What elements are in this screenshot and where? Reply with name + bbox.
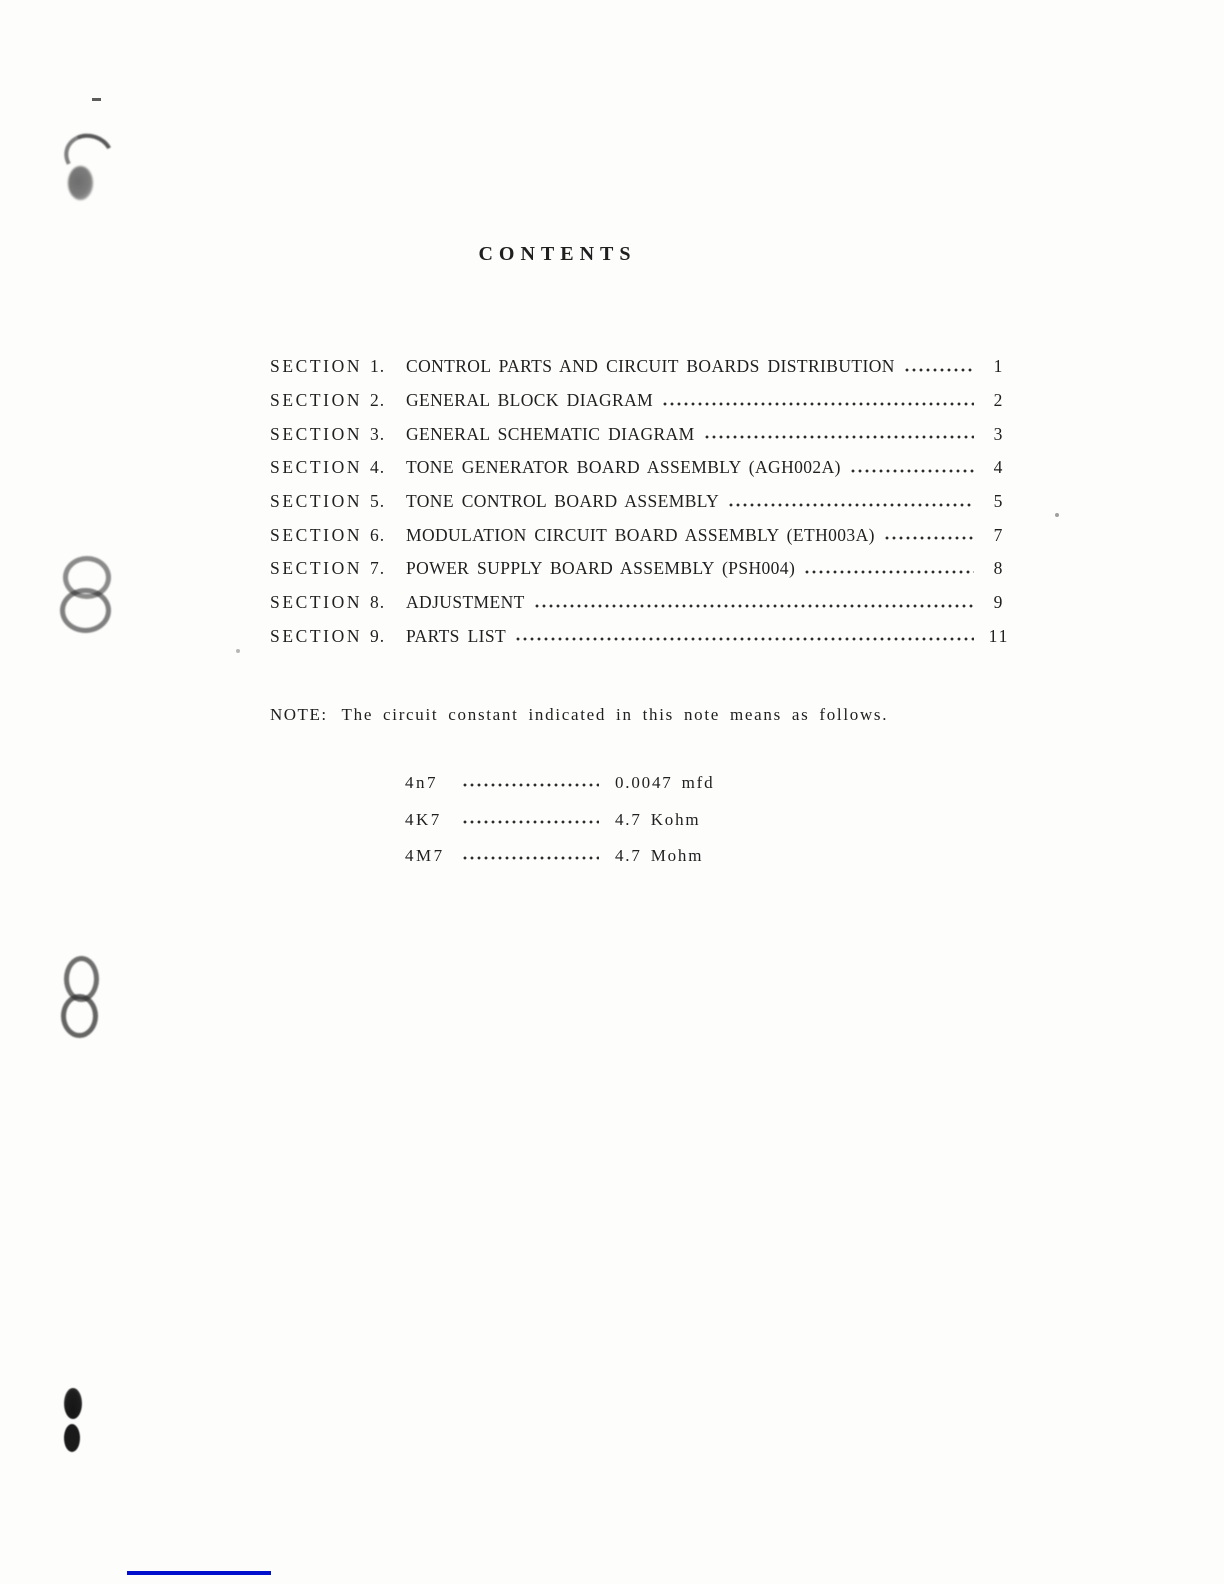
constant-row: 4n7 0.0047 mfd: [405, 765, 825, 802]
note-text: The circuit constant indicated in this n…: [342, 705, 889, 725]
constant-abbreviation: 4K7: [405, 810, 461, 830]
toc-section-number: 3.: [370, 424, 406, 445]
scan-speck: [236, 649, 240, 653]
toc-section-number: 1.: [370, 356, 406, 377]
scan-dash-mark: [92, 98, 101, 101]
toc-section-number: 2.: [370, 390, 406, 411]
toc-section-number: 5.: [370, 491, 406, 512]
toc-section-title: GENERAL BLOCK DIAGRAM: [406, 390, 653, 411]
toc-section-number: 9.: [370, 626, 406, 647]
constant-row: 4M7 4.7 Mohm: [405, 838, 825, 875]
toc-section-title: MODULATION CIRCUIT BOARD ASSEMBLY (ETH00…: [406, 525, 875, 546]
binder-hole-mark: [61, 994, 98, 1038]
toc-section-word: SECTION: [270, 592, 370, 613]
constant-value: 4.7 Kohm: [615, 810, 700, 830]
note-line: NOTE: The circuit constant indicated in …: [270, 705, 1045, 725]
toc-page-number: 9: [980, 592, 1018, 613]
dotted-leader: [805, 570, 974, 574]
toc-page-number: 5: [980, 491, 1018, 512]
toc-page-number: 4: [980, 457, 1018, 478]
toc-section-word: SECTION: [270, 525, 370, 546]
toc-section-word: SECTION: [270, 626, 370, 647]
dotted-leader: [705, 435, 974, 439]
toc-page-number: 1: [980, 356, 1018, 377]
toc-row: SECTION 4. TONE GENERATOR BOARD ASSEMBLY…: [270, 451, 1018, 485]
circuit-constant-list: 4n7 0.0047 mfd 4K7 4.7 Kohm 4M7 4.7 Mohm: [405, 765, 825, 875]
toc-section-title: TONE GENERATOR BOARD ASSEMBLY (AGH002A): [406, 457, 841, 478]
note-label: NOTE:: [270, 705, 328, 725]
smudge-blob-mark: [68, 166, 93, 200]
scanned-document-page: CONTENTS SECTION 1. CONTROL PARTS AND CI…: [0, 0, 1224, 1584]
dotted-leader: [905, 368, 974, 372]
dotted-leader: [851, 469, 974, 473]
dotted-leader: [463, 820, 599, 824]
toc-section-word: SECTION: [270, 390, 370, 411]
toc-section-word: SECTION: [270, 491, 370, 512]
toc-section-word: SECTION: [270, 558, 370, 579]
ink-dot-mark: [64, 1424, 80, 1452]
toc-section-number: 4.: [370, 457, 406, 478]
toc-section-word: SECTION: [270, 457, 370, 478]
toc-section-number: 8.: [370, 592, 406, 613]
constant-abbreviation: 4n7: [405, 773, 461, 793]
constant-row: 4K7 4.7 Kohm: [405, 802, 825, 839]
toc-row: SECTION 7. POWER SUPPLY BOARD ASSEMBLY (…: [270, 552, 1018, 586]
binder-hole-mark: [60, 588, 111, 633]
dotted-leader: [463, 856, 599, 860]
toc-row: SECTION 1. CONTROL PARTS AND CIRCUIT BOA…: [270, 350, 1018, 384]
ink-dot-mark: [64, 1388, 82, 1419]
toc-section-title: PARTS LIST: [406, 626, 506, 647]
toc-row: SECTION 6. MODULATION CIRCUIT BOARD ASSE…: [270, 518, 1018, 552]
toc-section-word: SECTION: [270, 424, 370, 445]
toc-section-number: 6.: [370, 525, 406, 546]
page-title: CONTENTS: [430, 243, 685, 266]
toc-section-title: ADJUSTMENT: [406, 592, 525, 613]
toc-row: SECTION 9. PARTS LIST 11: [270, 620, 1018, 654]
blue-ink-line: [127, 1571, 271, 1575]
constant-value: 4.7 Mohm: [615, 846, 703, 866]
toc-row: SECTION 3. GENERAL SCHEMATIC DIAGRAM 3: [270, 417, 1018, 451]
toc-page-number: 2: [980, 390, 1018, 411]
table-of-contents: SECTION 1. CONTROL PARTS AND CIRCUIT BOA…: [270, 350, 1018, 653]
toc-page-number: 7: [980, 525, 1018, 546]
dotted-leader: [516, 637, 974, 641]
toc-page-number: 3: [980, 424, 1018, 445]
dotted-leader: [729, 503, 974, 507]
toc-section-title: CONTROL PARTS AND CIRCUIT BOARDS DISTRIB…: [406, 356, 895, 377]
toc-section-title: TONE CONTROL BOARD ASSEMBLY: [406, 491, 719, 512]
dotted-leader: [463, 783, 599, 787]
scan-speck: [1055, 513, 1059, 517]
toc-section-word: SECTION: [270, 356, 370, 377]
toc-row: SECTION 8. ADJUSTMENT 9: [270, 586, 1018, 620]
toc-section-number: 7.: [370, 558, 406, 579]
dotted-leader: [885, 536, 974, 540]
toc-section-title: GENERAL SCHEMATIC DIAGRAM: [406, 424, 695, 445]
toc-page-number: 11: [980, 626, 1018, 647]
constant-value: 0.0047 mfd: [615, 773, 714, 793]
toc-row: SECTION 5. TONE CONTROL BOARD ASSEMBLY 5: [270, 485, 1018, 519]
toc-section-title: POWER SUPPLY BOARD ASSEMBLY (PSH004): [406, 558, 795, 579]
dotted-leader: [663, 402, 974, 406]
dotted-leader: [535, 604, 974, 608]
constant-abbreviation: 4M7: [405, 846, 461, 866]
toc-row: SECTION 2. GENERAL BLOCK DIAGRAM 2: [270, 384, 1018, 418]
toc-page-number: 8: [980, 558, 1018, 579]
